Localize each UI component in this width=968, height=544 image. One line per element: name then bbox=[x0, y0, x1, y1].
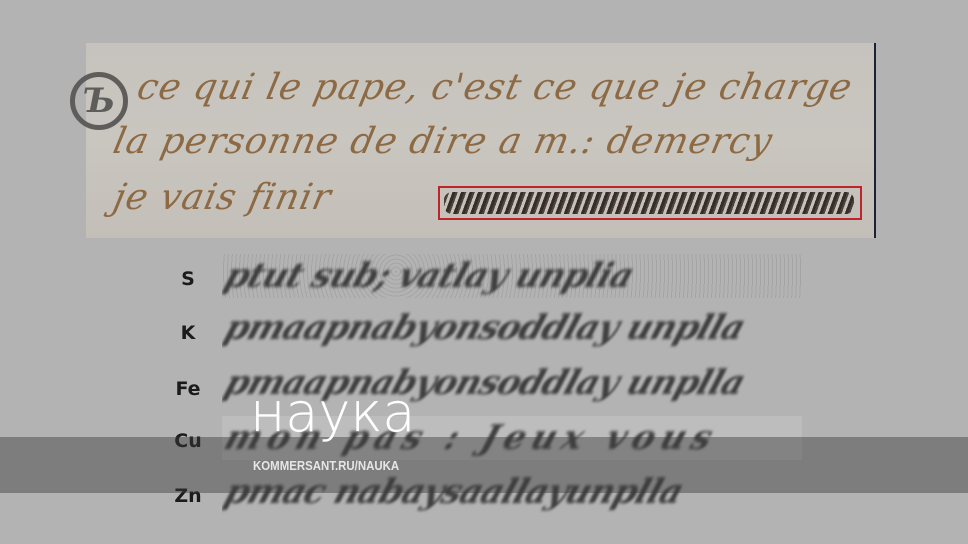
manuscript-line-2: la personne de dire a m.: demercy bbox=[110, 121, 777, 162]
kommersant-logo-icon: Ъ bbox=[70, 72, 128, 130]
brand-overlay-band bbox=[0, 437, 968, 493]
xrf-strip-text: pmaapnabyonsoddlay unplla bbox=[222, 308, 750, 348]
manuscript-line-1: ce qui le pape, c'est ce que je charge bbox=[134, 67, 857, 108]
element-label-fe: Fe bbox=[168, 378, 208, 400]
section-url-link[interactable]: KOMMERSANT.RU/NAUKA bbox=[253, 458, 399, 473]
redaction-highlight-box bbox=[438, 186, 862, 220]
manuscript-line-3: je vais finir bbox=[110, 177, 336, 218]
xrf-strip-s: ptut sub; vatlay unplia bbox=[222, 254, 802, 298]
section-title: наука bbox=[250, 386, 416, 440]
xrf-strip-k: pmaapnabyonsoddlay unplla bbox=[222, 306, 802, 350]
xrf-strip-text: ptut sub; vatlay unplia bbox=[222, 256, 638, 296]
element-label-k: K bbox=[168, 322, 208, 344]
element-label-s: S bbox=[168, 268, 208, 290]
